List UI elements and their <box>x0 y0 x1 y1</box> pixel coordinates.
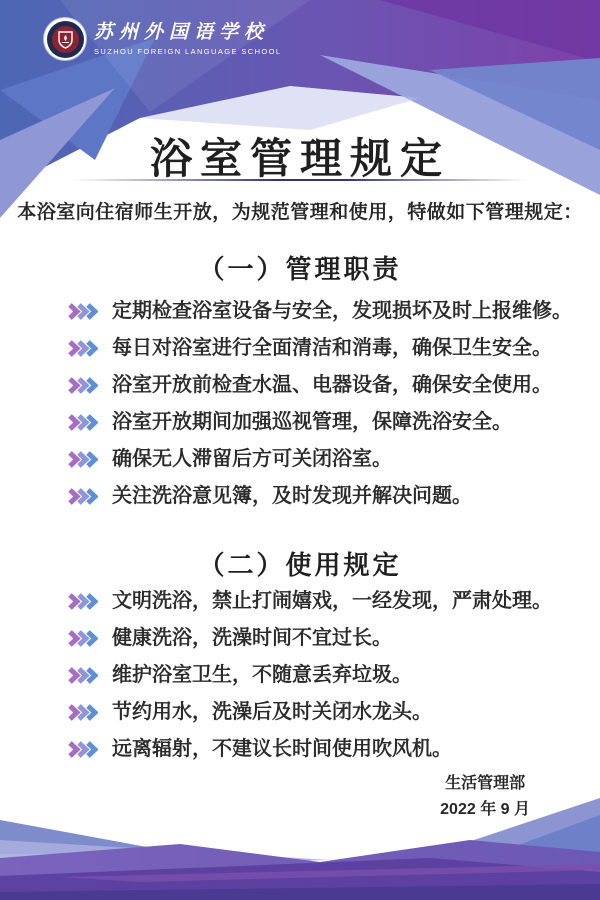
rule-text: 节约用水，洗澡后及时关闭水龙头。 <box>112 701 432 723</box>
section-1-heading: （一）管理职责 <box>0 249 600 286</box>
school-names: 苏州外国语学校 SUZHOU FOREIGN LANGUAGE SCHOOL <box>94 23 281 56</box>
rule-item: 确保无人滞留后方可关闭浴室。 <box>68 448 568 470</box>
school-name-english: SUZHOU FOREIGN LANGUAGE SCHOOL <box>94 48 281 56</box>
section-2-heading: （二）使用规定 <box>0 545 600 582</box>
school-logo <box>44 18 86 60</box>
school-name-chinese: 苏州外国语学校 <box>94 23 281 42</box>
rule-text: 每日对浴室进行全面清洁和消毒，确保卫生安全。 <box>112 337 552 359</box>
chevron-bullet-icon <box>68 630 98 647</box>
rule-item: 文明洗浴，禁止打闹嬉戏，一经发现，严肃处理。 <box>68 590 568 612</box>
title-underline <box>72 179 528 181</box>
rule-text: 文明洗浴，禁止打闹嬉戏，一经发现，严肃处理。 <box>112 590 552 612</box>
rule-item: 每日对浴室进行全面清洁和消毒，确保卫生安全。 <box>68 337 568 359</box>
rule-item: 浴室开放期间加强巡视管理，保障洗浴安全。 <box>68 411 568 433</box>
logo-red-core <box>52 26 79 53</box>
section-2-list: 文明洗浴，禁止打闹嬉戏，一经发现，严肃处理。 健康洗浴，洗澡时间不宜过长。 维护… <box>68 590 568 760</box>
rule-text: 定期检查浴室设备与安全，发现损坏及时上报维修。 <box>112 300 572 322</box>
chevron-bullet-icon <box>68 741 98 758</box>
rule-item: 远离辐射，不建议长时间使用吹风机。 <box>68 738 568 760</box>
rule-text: 浴室开放前检查水温、电器设备，确保安全使用。 <box>112 374 552 396</box>
chevron-bullet-icon <box>68 340 98 357</box>
rule-text: 浴室开放期间加强巡视管理，保障洗浴安全。 <box>112 411 512 433</box>
rule-item: 节约用水，洗澡后及时关闭水龙头。 <box>68 701 568 723</box>
chevron-bullet-icon <box>68 667 98 684</box>
school-identity: 苏州外国语学校 SUZHOU FOREIGN LANGUAGE SCHOOL <box>44 18 281 60</box>
rule-item: 浴室开放前检查水温、电器设备，确保安全使用。 <box>68 374 568 396</box>
shield-emblem-icon <box>57 30 74 49</box>
rule-text: 健康洗浴，洗澡时间不宜过长。 <box>112 627 392 649</box>
rule-text: 关注洗浴意见簿，及时发现并解决问题。 <box>112 485 472 507</box>
chevron-bullet-icon <box>68 303 98 320</box>
rule-item: 定期检查浴室设备与安全，发现损坏及时上报维修。 <box>68 300 568 322</box>
chevron-bullet-icon <box>68 414 98 431</box>
rule-text: 远离辐射，不建议长时间使用吹风机。 <box>112 738 452 760</box>
bathroom-rules-poster: { "header": { "school_name_zh": "苏州外国语学校… <box>0 0 600 900</box>
rule-item: 健康洗浴，洗澡时间不宜过长。 <box>68 627 568 649</box>
bottom-decoration <box>0 780 600 900</box>
logo-navy-ring <box>47 21 84 58</box>
chevron-bullet-icon <box>68 451 98 468</box>
intro-text: 本浴室向住宿师生开放，为规范管理和使用，特做如下管理规定： <box>0 197 600 224</box>
chevron-bullet-icon <box>68 704 98 721</box>
chevron-bullet-icon <box>68 488 98 505</box>
rule-text: 维护浴室卫生，不随意丢弃垃圾。 <box>112 664 412 686</box>
rule-item: 关注洗浴意见簿，及时发现并解决问题。 <box>68 485 568 507</box>
page-title: 浴室管理规定 <box>0 126 600 186</box>
rule-item: 维护浴室卫生，不随意丢弃垃圾。 <box>68 664 568 686</box>
chevron-bullet-icon <box>68 377 98 394</box>
chevron-bullet-icon <box>68 593 98 610</box>
section-1-list: 定期检查浴室设备与安全，发现损坏及时上报维修。 每日对浴室进行全面清洁和消毒，确… <box>68 300 568 507</box>
rule-text: 确保无人滞留后方可关闭浴室。 <box>112 448 392 470</box>
